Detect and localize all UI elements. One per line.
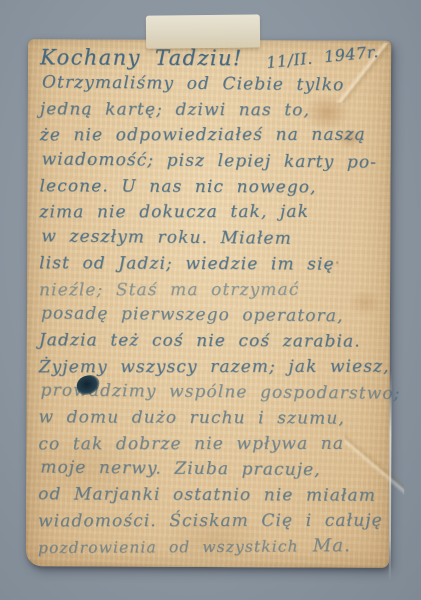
tape-strip <box>146 14 260 48</box>
handwritten-text: Kochany Tadziu! 11/II. 1947r. Otrzymaliś… <box>38 44 383 567</box>
handwritten-line: nieźle; Staś ma otrzymać <box>39 277 382 303</box>
letter-paper: Kochany Tadziu! 11/II. 1947r. Otrzymaliś… <box>26 39 391 568</box>
date-text: 11/II. 1947r. <box>265 38 380 76</box>
letter-body: Otrzymaliśmy od Ciebie tylko jedną kartę… <box>38 71 383 535</box>
handwritten-line: posadę pierwszego operatora, <box>41 302 384 331</box>
handwritten-line: Jadzia też coś nie coś zarabia. <box>39 328 382 355</box>
handwritten-line: w zeszłym roku. Miałem <box>41 225 384 254</box>
closing-line: pozdrowienia od wszystkich Ma. <box>38 533 381 561</box>
photo-background: Kochany Tadziu! 11/II. 1947r. Otrzymaliś… <box>0 0 421 600</box>
handwritten-line: co tak dobrze nie wpływa na <box>38 431 381 457</box>
handwritten-line: zima nie dokucza tak, jak <box>39 200 382 226</box>
handwritten-line: lecone. U nas nic nowego, <box>39 174 382 201</box>
handwritten-line: że nie odpowiedziałeś na naszą <box>40 123 383 149</box>
handwritten-line: wiadomości. Ściskam Cię i całuję <box>38 508 381 534</box>
signature-text: Ma. <box>313 534 351 560</box>
handwritten-line: Otrzymaliśmy od Ciebie tylko <box>42 70 385 99</box>
handwritten-line: moje nerwy. Ziuba pracuje, <box>40 456 383 485</box>
handwritten-line: jedną kartę; dziwi nas to, <box>40 97 383 124</box>
greeting-line: Kochany Tadziu! 11/II. 1947r. <box>40 44 383 72</box>
handwritten-line: list od Jadzi; wiedzie im się <box>39 251 382 278</box>
closing-text: pozdrowienia od wszystkich <box>38 534 299 562</box>
handwritten-line: w domu dużo ruchu i szumu, <box>38 405 381 432</box>
handwritten-line: od Marjanki ostatnio nie miałam <box>38 482 381 509</box>
handwritten-line: wiadomość; pisz lepiej karty po- <box>42 147 385 176</box>
greeting-text: Kochany Tadziu! <box>40 45 243 70</box>
